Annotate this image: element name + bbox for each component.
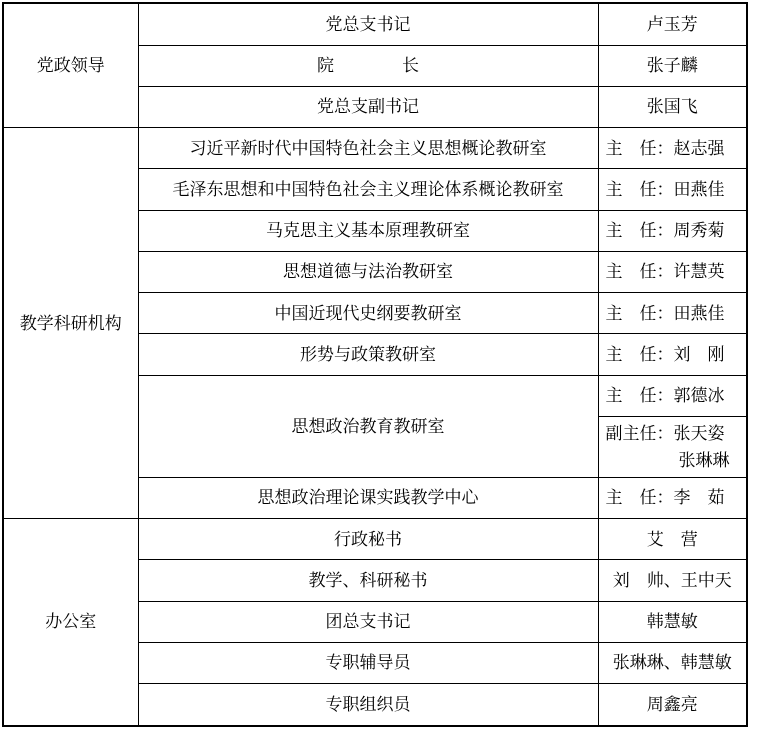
position-cell: 形势与政策教研室 — [138, 334, 598, 375]
position-cell: 党总支副书记 — [138, 86, 598, 127]
org-structure-table: 党政领导 党总支书记 卢玉芳 院 长 张子麟 党总支副书记 张国飞 教学科研机构… — [2, 2, 748, 727]
person-cell: 张子麟 — [598, 45, 747, 86]
person-cell: 周鑫亮 — [598, 684, 747, 726]
position-cell: 院 长 — [138, 45, 598, 86]
position-cell: 毛泽东思想和中国特色社会主义理论体系概论教研室 — [138, 169, 598, 210]
position-cell: 专职辅导员 — [138, 642, 598, 683]
person-cell: 主 任：田燕佳 — [598, 169, 747, 210]
deputy-line1: 副主任：张天姿 — [606, 420, 743, 447]
category-cell: 教学科研机构 — [3, 128, 138, 519]
position-cell: 思想政治教育教研室 — [138, 375, 598, 477]
position-cell: 团总支书记 — [138, 601, 598, 642]
person-cell: 主 任：许慧英 — [598, 251, 747, 292]
person-cell: 主 任：田燕佳 — [598, 293, 747, 334]
table-row: 党政领导 党总支书记 卢玉芳 — [3, 3, 747, 45]
person-cell: 卢玉芳 — [598, 3, 747, 45]
person-cell: 刘 帅、王中天 — [598, 560, 747, 601]
position-cell: 思想道德与法治教研室 — [138, 251, 598, 292]
position-cell: 中国近现代史纲要教研室 — [138, 293, 598, 334]
position-cell: 马克思主义基本原理教研室 — [138, 210, 598, 251]
person-cell: 主 任：郭德冰 — [598, 375, 747, 416]
person-cell: 主 任：周秀菊 — [598, 210, 747, 251]
position-cell: 党总支书记 — [138, 3, 598, 45]
category-cell: 办公室 — [3, 519, 138, 726]
person-cell: 主 任：刘 刚 — [598, 334, 747, 375]
person-cell: 主 任：李 茹 — [598, 477, 747, 518]
position-cell: 教学、科研秘书 — [138, 560, 598, 601]
position-cell: 专职组织员 — [138, 684, 598, 726]
table-row: 办公室 行政秘书 艾 营 — [3, 519, 747, 560]
person-cell: 张琳琳、韩慧敏 — [598, 642, 747, 683]
position-cell: 行政秘书 — [138, 519, 598, 560]
position-cell: 习近平新时代中国特色社会主义思想概论教研室 — [138, 128, 598, 169]
deputy-line2: 张琳琳 — [606, 447, 743, 474]
person-cell: 主 任：赵志强 — [598, 128, 747, 169]
deputy-person-cell: 副主任：张天姿 张琳琳 — [598, 416, 747, 477]
table-row: 教学科研机构 习近平新时代中国特色社会主义思想概论教研室 主 任：赵志强 — [3, 128, 747, 169]
position-cell: 思想政治理论课实践教学中心 — [138, 477, 598, 518]
person-cell: 韩慧敏 — [598, 601, 747, 642]
person-cell: 艾 营 — [598, 519, 747, 560]
person-cell: 张国飞 — [598, 86, 747, 127]
category-cell: 党政领导 — [3, 3, 138, 128]
